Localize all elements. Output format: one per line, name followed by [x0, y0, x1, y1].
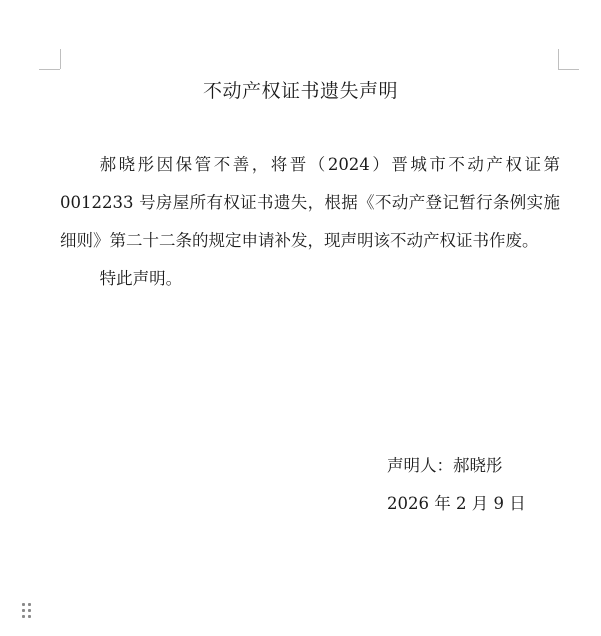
- signature-date[interactable]: 2026 年 2 月 9 日: [387, 490, 526, 514]
- document-body[interactable]: 郝晓彤因保管不善，将晋（2024）晋城市不动产权证第0012233 号房屋所有权…: [60, 146, 560, 298]
- body-paragraph[interactable]: 郝晓彤因保管不善，将晋（2024）晋城市不动产权证第0012233 号房屋所有权…: [60, 146, 560, 260]
- margin-corner-top-left: [39, 49, 61, 70]
- margin-corner-top-right: [558, 49, 580, 70]
- closing-paragraph[interactable]: 特此声明。: [60, 260, 560, 298]
- document-title[interactable]: 不动产权证书遗失声明: [0, 76, 601, 103]
- signature-declarant[interactable]: 声明人：郝晓彤: [387, 452, 503, 476]
- grip-dots-icon[interactable]: [22, 603, 32, 619]
